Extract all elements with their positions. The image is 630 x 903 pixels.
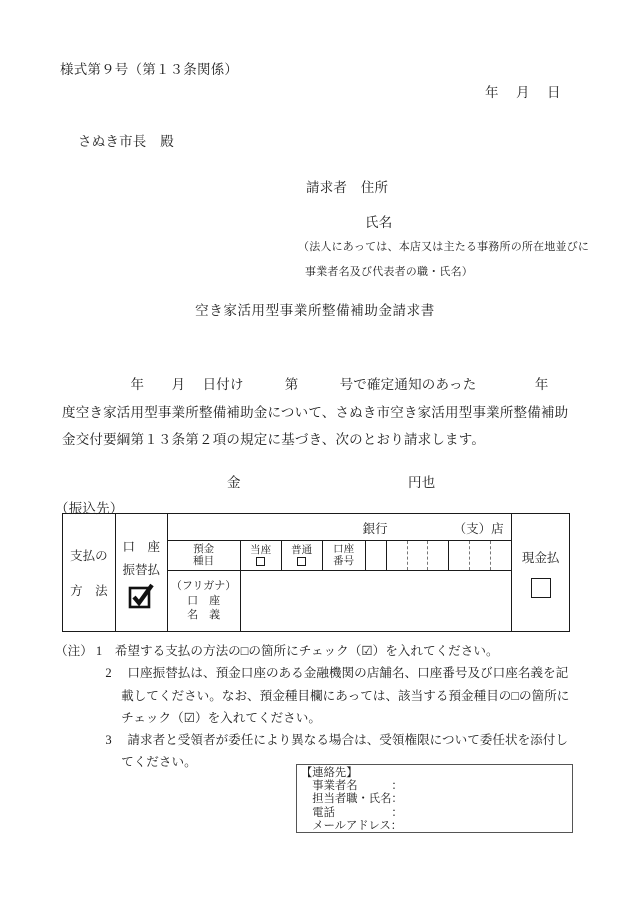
account-digit-cell[interactable] — [427, 541, 448, 570]
note-line: 3 請求者と受領者が委任により異なる場合は、受領権限について委任状を添付し — [55, 729, 585, 751]
branch-suffix-label: （支）店 — [454, 519, 504, 537]
cash-payment-checkbox[interactable] — [531, 578, 551, 598]
account-digit-cell[interactable] — [366, 541, 386, 570]
account-number-label-2: 番号 — [333, 556, 354, 568]
deposit-type-label-1: 預金 — [193, 544, 214, 556]
payment-method-label-2: 方 法 — [70, 581, 108, 599]
bank-branch-row[interactable]: 銀行 （支）店 — [168, 514, 512, 541]
account-name-row: （フリガナ） 口 座 名 義 — [168, 571, 512, 631]
ordinary-label: 普通 — [291, 545, 312, 556]
deposit-type-label-2: 種目 — [193, 556, 214, 568]
bank-suffix-label: 銀行 — [363, 519, 388, 537]
date-line: 年 月 日 — [485, 81, 561, 101]
cash-payment-label: 現金払 — [522, 548, 560, 566]
contact-business-name-label[interactable]: 事業者名 ： — [301, 780, 572, 793]
body-line-2: 度空き家活用型事業所整備補助金について、さぬき市空き家活用型事業所整備補助 — [62, 399, 574, 427]
furigana-label: （フリガナ） — [171, 579, 236, 594]
account-digit-cell[interactable] — [448, 541, 469, 570]
account-transfer-checkbox-checked-icon[interactable] — [128, 583, 154, 609]
contact-heading: 【連絡先】 — [301, 767, 572, 780]
account-transfer-label-2: 振替払 — [122, 560, 160, 578]
form-number: 様式第９号（第１３条関係） — [60, 58, 238, 78]
account-digit-cell[interactable] — [490, 541, 511, 570]
account-transfer-cell: 口 座 振替払 — [116, 514, 168, 631]
account-name-input-area[interactable] — [241, 571, 512, 631]
addressee: さぬき市長 殿 — [78, 130, 174, 150]
body-line-3: 金交付要綱第１３条第２項の規定に基づき、次のとおり請求します。 — [62, 426, 574, 454]
note-line: 載してください。なお、預金種目欄にあっては、該当する預金種目の□の箇所に — [55, 685, 585, 707]
account-digit-cell[interactable] — [469, 541, 490, 570]
checking-checkbox[interactable] — [256, 557, 265, 566]
payment-method-header-cell: 支払の 方 法 — [63, 514, 116, 631]
form-page: 様式第９号（第１３条関係） 年 月 日 さぬき市長 殿 請求者 住所 氏名 （法… — [0, 0, 630, 903]
body-paragraph: 年 月 日付け 第 号で確定通知のあった 年 度空き家活用型事業所整備補助金につ… — [62, 371, 574, 454]
checking-label: 当座 — [250, 545, 271, 556]
corporation-note-line1: （法人にあっては、本店又は主たる事務所の所在地並びに — [298, 238, 589, 254]
account-number-header-cell: 口座 番号 — [323, 541, 366, 570]
payment-table: 支払の 方 法 口 座 振替払 銀行 （支）店 預金 種目 当座 — [62, 513, 570, 632]
account-number-label-1: 口座 — [333, 544, 354, 556]
account-name-label-1: 口 座 — [187, 594, 220, 609]
ordinary-checkbox[interactable] — [297, 557, 306, 566]
bank-account-area: 銀行 （支）店 預金 種目 当座 普通 口座 番号 — [168, 514, 513, 631]
contact-phone-label[interactable]: 電話 ： — [301, 807, 572, 820]
deposit-type-header-cell: 預金 種目 — [168, 541, 241, 570]
contact-email-label[interactable]: メールアドレス： — [301, 820, 572, 833]
note-line: （注） 1 希望する支払の方法の□の箇所にチェック（☑）を入れてください。 — [55, 640, 585, 662]
account-name-header-cell: （フリガナ） 口 座 名 義 — [168, 571, 241, 631]
ordinary-account-cell: 普通 — [282, 541, 323, 570]
note-line: 2 口座振替払は、預金口座のある金融機関の店舗名、口座番号及び口座名義を記 — [55, 662, 585, 684]
deposit-type-row: 預金 種目 当座 普通 口座 番号 — [168, 541, 512, 571]
contact-person-label[interactable]: 担当者職・氏名： — [301, 793, 572, 806]
amount-prefix: 金 — [227, 471, 241, 491]
account-name-label-2: 名 義 — [187, 608, 220, 623]
claimant-name-label: 氏名 — [365, 211, 392, 231]
claimant-role-label: 請求者 住所 — [306, 176, 388, 196]
note-line: チェック（☑）を入れてください。 — [55, 707, 585, 729]
notes-section: （注） 1 希望する支払の方法の□の箇所にチェック（☑）を入れてください。 2 … — [55, 640, 585, 774]
account-number-digit-cells — [366, 541, 512, 570]
account-digit-cell[interactable] — [386, 541, 407, 570]
payment-method-label-1: 支払の — [70, 546, 108, 564]
contact-info-box: 【連絡先】 事業者名 ： 担当者職・氏名： 電話 ： メールアドレス： — [296, 764, 573, 833]
corporation-note-line2: 事業者名及び代表者の職・氏名） — [305, 263, 473, 279]
amount-suffix: 円也 — [408, 471, 435, 491]
body-line-1: 年 月 日付け 第 号で確定通知のあった 年 — [62, 371, 574, 399]
checking-account-cell: 当座 — [241, 541, 282, 570]
page-title: 空き家活用型事業所整備補助金請求書 — [0, 299, 630, 319]
account-digit-cell[interactable] — [407, 541, 428, 570]
account-transfer-label-1: 口 座 — [122, 537, 160, 555]
cash-payment-cell: 現金払 — [512, 514, 569, 631]
